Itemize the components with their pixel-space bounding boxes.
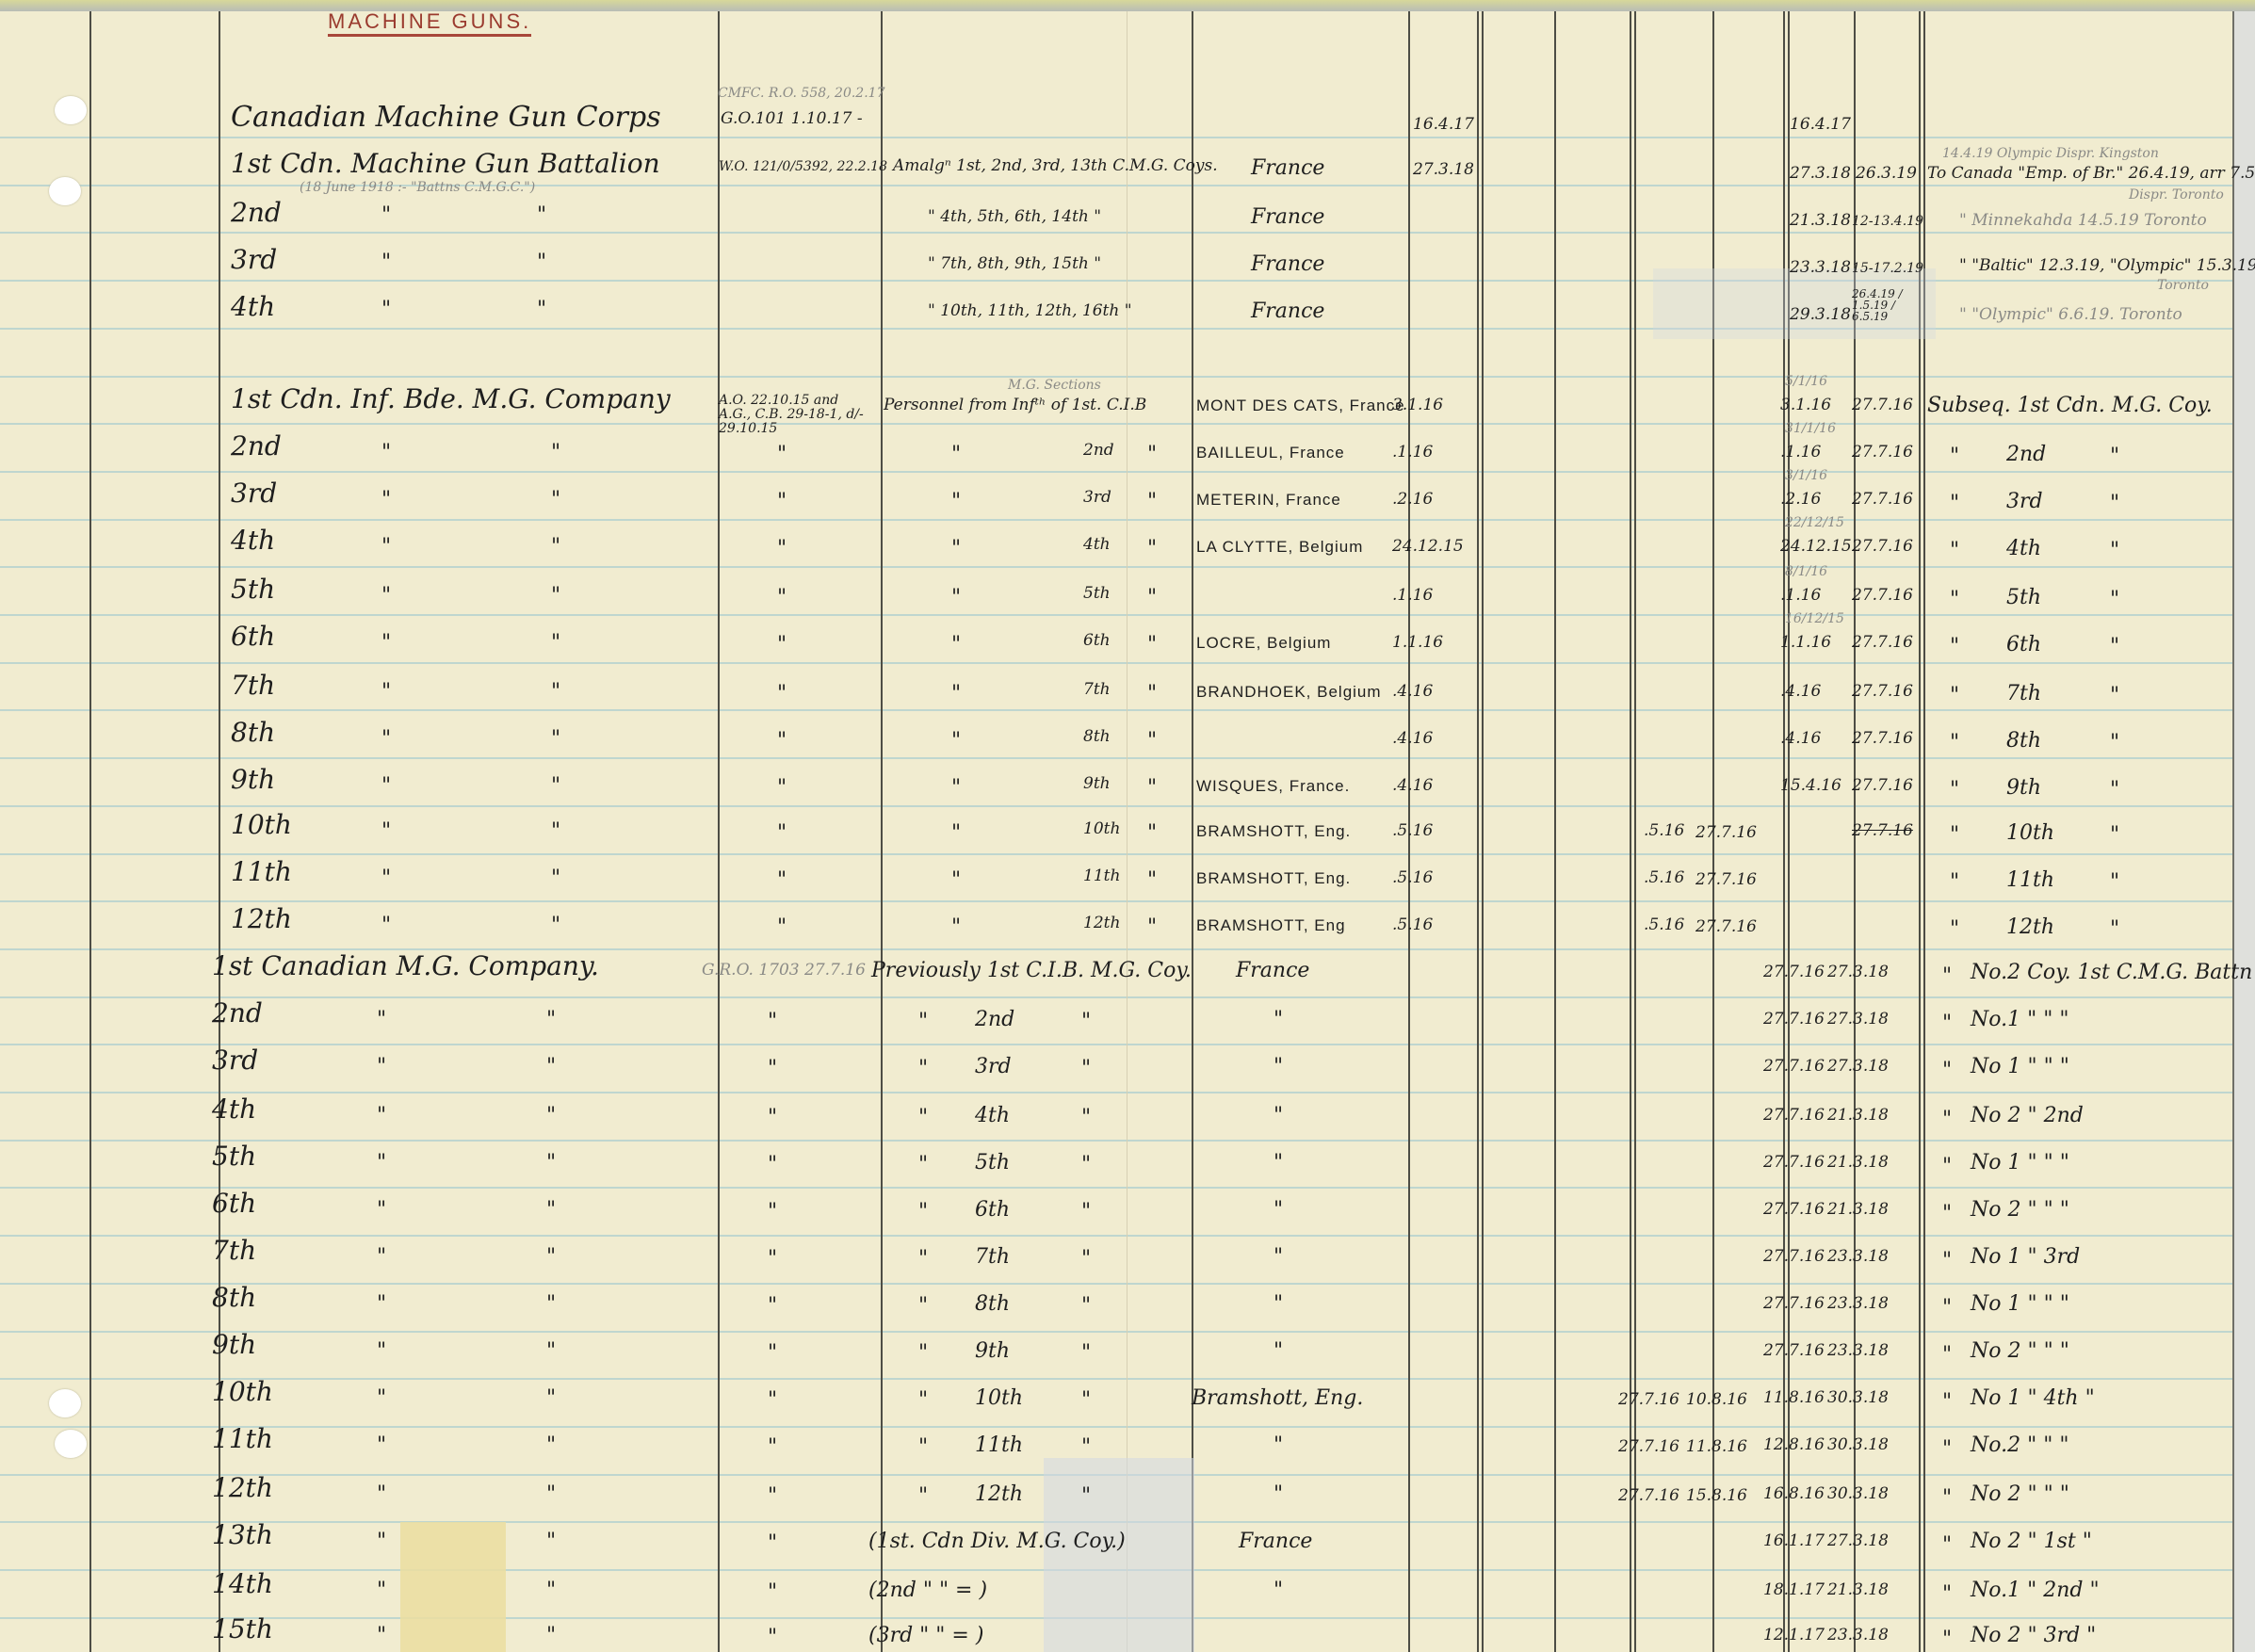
ditto-mark: " [546, 1531, 556, 1552]
uk-from-date: .5.16 [1644, 917, 1684, 933]
ditto-mark: " [2110, 590, 2119, 610]
ditto-mark: " [1081, 1343, 1091, 1364]
ditto-mark: " [377, 1341, 386, 1362]
location: LOCRE, Belgium [1196, 635, 1331, 651]
uk-from-date: 27.7.16 [1618, 1439, 1679, 1455]
ditto-mark: " [377, 1247, 386, 1268]
ruled-line [0, 1044, 2232, 1045]
from-date: .4.16 [1780, 731, 1821, 747]
ditto-mark: " [1950, 686, 1959, 706]
to-date: 23.3.18 [1827, 1628, 1889, 1644]
unit-name: 10th [212, 1379, 273, 1405]
ditto-mark: " [377, 1531, 386, 1552]
origin: " 7th, 8th, 9th, 15th " [928, 256, 1101, 272]
from-date: 27.3.18 [1790, 166, 1851, 182]
ruled-line [0, 137, 2232, 138]
ditto-mark: " [1147, 539, 1157, 559]
ditto-mark: " [546, 1247, 556, 1268]
ditto-mark: " [1950, 541, 1959, 561]
ditto-mark: " [951, 917, 961, 938]
from-date: 21.3.18 [1790, 213, 1851, 229]
ditto-mark: " [381, 868, 391, 889]
ditto-mark: " [951, 684, 961, 705]
ditto-mark: " [918, 1249, 928, 1270]
ditto-mark: " [1942, 1488, 1952, 1509]
ditto-mark: " [551, 729, 560, 750]
origin-number: 6th [1083, 633, 1111, 649]
unit-name: 7th [212, 1238, 256, 1264]
remarks: No.1 " " " [1971, 1010, 2068, 1030]
origin-number: 4th [1083, 537, 1111, 553]
ditto-mark: " [1081, 1390, 1091, 1411]
to-date: 23.3.18 [1827, 1249, 1889, 1265]
ruled-line [0, 853, 2232, 855]
ditto-mark: " [2110, 872, 2119, 893]
location: BRAMSHOTT, Eng. [1196, 870, 1351, 886]
origin: " 4th, 5th, 6th, 14th " [928, 209, 1101, 225]
origin: (3rd " " = ) [868, 1626, 983, 1646]
ditto-mark: " [551, 776, 560, 797]
ditto-mark: " [377, 1484, 386, 1505]
ruled-line [0, 232, 2232, 234]
column-line-double-b [1482, 11, 1484, 1652]
location: France [1239, 1531, 1312, 1552]
ditto-mark: " [1147, 731, 1157, 752]
ditto-mark: " [1147, 823, 1157, 844]
from-date: 27.7.16 [1763, 1108, 1825, 1124]
to-date: 27.7.16 [1852, 539, 1913, 555]
from-date-note: 8/1/16 [1785, 565, 1827, 578]
ditto-mark: " [918, 1012, 928, 1032]
ditto-mark: " [551, 537, 560, 558]
ditto-mark: " [1081, 1108, 1091, 1128]
remarks: 9th [2006, 778, 2041, 799]
location: France [1251, 301, 1324, 322]
unit-name: 11th [231, 859, 292, 885]
unit-name: 5th [231, 576, 275, 603]
to-date: 27.3.18 [1827, 964, 1889, 980]
origin-number: 2nd [1083, 443, 1114, 459]
from-date: 27.7.16 [1763, 1296, 1825, 1312]
to-date: 23.3.18 [1827, 1343, 1889, 1359]
remarks: No 1 " 4th " [1971, 1388, 2095, 1409]
ditto-mark: " [551, 915, 560, 936]
ditto-mark: " [1950, 446, 1959, 467]
formed-date: .2.16 [1392, 492, 1433, 508]
ditto-mark: " [951, 635, 961, 656]
ditto-mark: " [951, 445, 961, 465]
authority: G.R.O. 1703 27.7.16 [702, 963, 866, 979]
ditto-mark: " [1942, 1109, 1952, 1130]
formed-date: .5.16 [1392, 870, 1433, 886]
to-date: 23.3.18 [1827, 1296, 1889, 1312]
formed-date: .4.16 [1392, 684, 1433, 700]
location: METERIN, France [1196, 492, 1341, 508]
ditto-mark: " [551, 868, 560, 889]
binder-hole-icon [55, 96, 87, 124]
ditto-mark: " [381, 443, 391, 463]
remarks: 7th [2006, 684, 2041, 705]
formed-date: .4.16 [1392, 731, 1433, 747]
ditto-mark: " [381, 633, 391, 654]
authority: G.O.101 1.10.17 - [721, 111, 863, 127]
ditto-mark: " [918, 1486, 928, 1507]
origin-number: 8th [975, 1294, 1010, 1315]
ditto-mark: " [377, 1057, 386, 1077]
ruled-line [0, 1235, 2232, 1237]
ditto-mark: " [1950, 733, 1959, 753]
ditto-mark: " [551, 633, 560, 654]
location: BRAMSHOTT, Eng [1196, 917, 1346, 933]
remarks: No 2 " 2nd [1971, 1106, 2084, 1126]
from-date: 29.3.18 [1790, 307, 1851, 323]
location: " [1274, 1294, 1283, 1315]
origin: (2nd " " = ) [868, 1580, 987, 1601]
remarks-note: Dispr. Toronto [2129, 188, 2224, 202]
unit-name: 8th [231, 720, 275, 746]
ditto-mark: " [777, 731, 787, 752]
ditto-mark: " [551, 443, 560, 463]
ditto-mark: " [377, 1010, 386, 1030]
remarks: " "Baltic" 12.3.19, "Olympic" 15.3.19 [1959, 258, 2255, 274]
unit-name: 12th [231, 906, 292, 932]
ditto-mark: " [1942, 1204, 1952, 1224]
page-title: MACHINE GUNS. [328, 11, 531, 37]
location: " [1274, 1580, 1283, 1601]
ditto-mark: " [381, 205, 391, 226]
uk-to-date: 27.7.16 [1695, 872, 1757, 888]
ruled-line [0, 1140, 2232, 1142]
ditto-mark: " [381, 776, 391, 797]
origin-number: 8th [1083, 729, 1111, 745]
ditto-mark: " [1942, 1392, 1952, 1413]
to-date: 27.7.16 [1852, 731, 1913, 747]
unit-name: 4th [212, 1096, 256, 1123]
remarks: No.2 Coy. 1st C.M.G. Battn [1971, 963, 2252, 983]
origin-number: 10th [975, 1388, 1023, 1409]
remarks-note: 14.4.19 Olympic Dispr. Kingston [1942, 147, 2159, 160]
origin-number: 9th [975, 1341, 1010, 1362]
ditto-mark: " [1942, 966, 1952, 987]
ditto-mark: " [2110, 780, 2119, 801]
remarks: 2nd [2006, 445, 2046, 465]
to-date: 21.3.18 [1827, 1155, 1889, 1171]
column-line-origin [881, 11, 883, 1652]
ditto-mark: " [777, 870, 787, 891]
ditto-mark: " [377, 1200, 386, 1221]
uk-from-date: 27.7.16 [1618, 1488, 1679, 1504]
ruled-line [0, 900, 2232, 902]
ruled-line [0, 1092, 2232, 1093]
ditto-mark: " [768, 1108, 777, 1128]
ditto-mark: " [768, 1582, 777, 1603]
from-date: 24.12.15 [1780, 539, 1852, 555]
location: WISQUES, France. [1196, 778, 1350, 794]
origin: (1st. Cdn Div. M.G. Coy.) [868, 1531, 1126, 1552]
from-date-note: 5/1/16 [1785, 375, 1827, 388]
to-date: 27.3.18 [1827, 1059, 1889, 1075]
from-date: 11.8.16 [1763, 1390, 1825, 1406]
ditto-mark: " [1950, 825, 1959, 846]
ditto-mark: " [1147, 492, 1157, 512]
ditto-mark: " [1950, 919, 1959, 940]
from-date: 12.1.17 [1763, 1628, 1825, 1644]
ditto-mark: " [951, 778, 961, 799]
ditto-mark: " [546, 1057, 556, 1077]
ditto-mark: " [2110, 637, 2119, 657]
formed-date: 16.4.17 [1413, 117, 1474, 133]
ditto-mark: " [768, 1155, 777, 1175]
to-date: 27.7.16 [1852, 588, 1913, 604]
origin-number: 3rd [975, 1057, 1012, 1077]
ditto-mark: " [2110, 446, 2119, 467]
from-date-note: 16/12/15 [1785, 612, 1844, 625]
from-date: 15.4.16 [1780, 778, 1841, 794]
ditto-mark: " [546, 1010, 556, 1030]
unit-name: 4th [231, 527, 275, 554]
unit-name: Canadian Machine Gun Corps [231, 104, 661, 132]
from-date: 16.8.16 [1763, 1486, 1825, 1502]
ditto-mark: " [768, 1628, 777, 1648]
ditto-mark: " [377, 1580, 386, 1601]
unit-name: 1st Canadian M.G. Company. [212, 953, 599, 980]
ditto-mark: " [1081, 1486, 1091, 1507]
ditto-mark: " [1147, 445, 1157, 465]
remarks: 12th [2006, 917, 2054, 938]
ditto-mark: " [918, 1437, 928, 1458]
to-date: 30.3.18 [1827, 1437, 1889, 1453]
ditto-mark: " [546, 1435, 556, 1456]
ditto-mark: " [951, 731, 961, 752]
ditto-mark: " [1081, 1296, 1091, 1317]
ditto-mark: " [918, 1059, 928, 1079]
unit-name: 3rd [231, 247, 277, 273]
remarks: No 2 " " " [1971, 1484, 2069, 1505]
ditto-mark: " [1942, 1061, 1952, 1081]
remarks: 10th [2006, 823, 2054, 844]
ditto-mark: " [768, 1059, 777, 1079]
origin-number: 4th [975, 1106, 1010, 1126]
from-date: 16.4.17 [1790, 117, 1851, 133]
formed-date: 1.1.16 [1392, 635, 1443, 651]
origin-number: 12th [975, 1484, 1023, 1505]
location: " [1274, 1106, 1283, 1126]
ditto-mark: " [546, 1341, 556, 1362]
remarks: No 2 " 1st " [1971, 1531, 2092, 1552]
from-date: 1.1.16 [1780, 635, 1831, 651]
authority: A.O. 22.10.15 and A.G., C.B. 29-18-1, d/… [719, 394, 869, 436]
unit-name: 12th [212, 1475, 273, 1501]
ditto-mark: " [381, 252, 391, 273]
origin-number: 7th [1083, 682, 1111, 698]
ditto-mark: " [951, 539, 961, 559]
ditto-mark: " [381, 300, 391, 320]
unit-name-note: (18 June 1918 :- "Battns C.M.G.C.") [300, 181, 535, 194]
ditto-mark: " [551, 821, 560, 842]
ditto-mark: " [951, 823, 961, 844]
ditto-mark: " [537, 300, 546, 320]
column-line-double-h [1923, 11, 1925, 1652]
ruled-line [0, 614, 2232, 616]
unit-name: 3rd [231, 480, 277, 507]
ditto-mark: " [377, 1294, 386, 1315]
origin: Personnel from Infᵗʰ of 1st. C.I.B [884, 397, 1146, 413]
to-date: 21.3.18 [1827, 1202, 1889, 1218]
ditto-mark: " [1942, 1157, 1952, 1177]
column-line-authority [718, 11, 720, 1652]
location: LA CLYTTE, Belgium [1196, 539, 1363, 555]
origin: " 10th, 11th, 12th, 16th " [928, 303, 1132, 319]
remarks: No 1 " " " [1971, 1153, 2069, 1174]
ditto-mark: " [377, 1435, 386, 1456]
location: " [1274, 1484, 1283, 1505]
ditto-mark: " [918, 1343, 928, 1364]
formed-date: 27.3.18 [1413, 162, 1474, 178]
remarks: 6th [2006, 635, 2041, 656]
ditto-mark: " [1942, 1535, 1952, 1556]
to-date: 27.7.16 [1852, 445, 1913, 461]
unit-name: 6th [212, 1190, 256, 1217]
unit-name: 6th [231, 624, 275, 650]
uk-to-date: 10.8.16 [1686, 1392, 1747, 1408]
formed-date: .1.16 [1392, 588, 1433, 604]
from-date-note: 31/1/16 [1785, 422, 1836, 435]
ditto-mark: " [777, 539, 787, 559]
ditto-mark: " [918, 1108, 928, 1128]
origin: Amalgⁿ 1st, 2nd, 3rd, 13th C.M.G. Coys. [893, 158, 1218, 174]
ditto-mark: " [768, 1390, 777, 1411]
ruled-line [0, 471, 2232, 473]
origin-number: 3rd [1083, 490, 1111, 506]
from-date: 27.7.16 [1763, 964, 1825, 980]
ditto-mark: " [381, 586, 391, 607]
ditto-mark: " [381, 537, 391, 558]
remarks: 5th [2006, 588, 2041, 608]
location: " [1274, 1341, 1283, 1362]
ditto-mark: " [1950, 590, 1959, 610]
paper-stain [400, 1522, 506, 1652]
margin-line [89, 11, 91, 1652]
authority: W.O. 121/0/5392, 22.2.18 [719, 160, 887, 173]
to-date: 27.7.16 [1852, 492, 1913, 508]
unit-name: 7th [231, 672, 275, 699]
ruled-line [0, 662, 2232, 664]
ditto-mark: " [546, 1200, 556, 1221]
ditto-mark: " [1147, 917, 1157, 938]
ruled-line [0, 757, 2232, 759]
ditto-mark: " [918, 1296, 928, 1317]
ditto-mark: " [1950, 780, 1959, 801]
location: BRANDHOEK, Belgium [1196, 684, 1382, 700]
ditto-mark: " [2110, 733, 2119, 753]
unit-name: 15th [212, 1616, 273, 1643]
ditto-mark: " [1950, 494, 1959, 514]
remarks: 11th [2006, 870, 2054, 891]
ditto-mark: " [1950, 872, 1959, 893]
column-fold-line [1127, 11, 1127, 1652]
location: MONT DES CATS, France [1196, 397, 1405, 413]
uk-to-date: 11.8.16 [1686, 1439, 1747, 1455]
origin-number: 2nd [975, 1010, 1014, 1030]
formed-date: 3.1.16 [1392, 397, 1443, 413]
remarks: No 2 " " " [1971, 1200, 2069, 1221]
ditto-mark: " [1147, 635, 1157, 656]
ditto-mark: " [551, 682, 560, 703]
ditto-mark: " [1942, 1251, 1952, 1271]
ditto-mark: " [551, 586, 560, 607]
location: France [1251, 207, 1324, 228]
ruled-line [0, 423, 2232, 425]
ditto-mark: " [1081, 1202, 1091, 1223]
binder-hole-icon [49, 1389, 81, 1417]
ditto-mark: " [777, 684, 787, 705]
from-date: 27.7.16 [1763, 1012, 1825, 1028]
ditto-mark: " [777, 635, 787, 656]
origin-number: 11th [975, 1435, 1023, 1456]
ruled-line [0, 1426, 2232, 1428]
from-date: 27.7.16 [1763, 1059, 1825, 1075]
ditto-mark: " [381, 915, 391, 936]
location: " [1274, 1010, 1283, 1030]
ditto-mark: " [2110, 919, 2119, 940]
ditto-mark: " [1147, 870, 1157, 891]
remarks: No.2 " " " [1971, 1435, 2068, 1456]
location: BAILLEUL, France [1196, 445, 1345, 461]
location: France [1251, 254, 1324, 275]
ditto-mark: " [2110, 494, 2119, 514]
location: " [1274, 1435, 1283, 1456]
remarks: No 1 " " " [1971, 1057, 2069, 1077]
ditto-mark: " [1942, 1584, 1952, 1605]
ditto-mark: " [1081, 1155, 1091, 1175]
location: France [1251, 158, 1324, 179]
ditto-mark: " [1147, 684, 1157, 705]
ditto-mark: " [546, 1626, 556, 1646]
to-date: 26.4.19 / 1.5.19 / 6.5.19 [1852, 288, 1918, 322]
unit-name: 5th [212, 1143, 256, 1170]
uk-to-date: 15.8.16 [1686, 1488, 1747, 1504]
origin-number: 6th [975, 1200, 1010, 1221]
from-date: .1.16 [1780, 588, 1821, 604]
to-date: 12-13.4.19 [1852, 215, 1923, 228]
from-date: 16.1.17 [1763, 1533, 1825, 1549]
tape-mark [1044, 1458, 1194, 1652]
ditto-mark: " [381, 729, 391, 750]
unit-name: 2nd [231, 200, 282, 226]
ditto-mark: " [381, 821, 391, 842]
ditto-mark: " [1942, 1345, 1952, 1366]
formed-date: 24.12.15 [1392, 539, 1464, 555]
to-date: 21.3.18 [1827, 1108, 1889, 1124]
from-date: 23.3.18 [1790, 260, 1851, 276]
ditto-mark: " [768, 1437, 777, 1458]
binder-hole-icon [49, 177, 81, 205]
from-date-note: 3/1/16 [1785, 469, 1827, 482]
ditto-mark: " [1950, 637, 1959, 657]
binder-hole-icon [55, 1430, 87, 1458]
ditto-mark: " [546, 1294, 556, 1315]
location: BRAMSHOTT, Eng. [1196, 823, 1351, 839]
ditto-mark: " [777, 492, 787, 512]
unit-name: 3rd [212, 1047, 258, 1074]
location: " [1274, 1200, 1283, 1221]
origin-number: 10th [1083, 821, 1120, 837]
from-date: 27.7.16 [1763, 1343, 1825, 1359]
ruled-line [0, 1378, 2232, 1380]
ditto-mark: " [1147, 778, 1157, 799]
ditto-mark: " [918, 1155, 928, 1175]
ditto-mark: " [537, 252, 546, 273]
